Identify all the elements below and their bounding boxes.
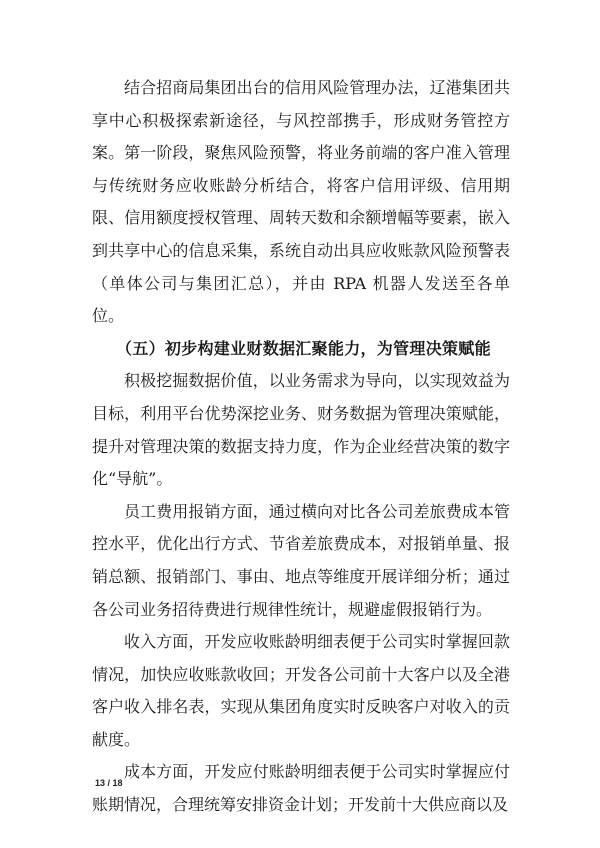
document-body: 结合招商局集团出台的信用风险管理办法，辽港集团共享中心积极探索新途径，与风控部携… [92,72,510,822]
paragraph-expense-reimbursement: 员工费用报销方面，通过横向对比各公司差旅费成本管控水平，优化出行方式、节省差旅费… [92,496,510,626]
document-page: 结合招商局集团出台的信用风险管理办法，辽港集团共享中心积极探索新途径，与风控部携… [0,0,600,848]
section-heading-five: （五）初步构建业财数据汇聚能力，为管理决策赋能 [92,333,510,366]
paragraph-data-value: 积极挖掘数据价值，以业务需求为导向，以实现效益为目标，利用平台优势深挖业务、财务… [92,365,510,495]
paragraph-cost: 成本方面，开发应付账龄明细表便于公司实时掌握应付账期情况，合理统筹安排资金计划；… [92,756,510,821]
page-number: 13 / 18 [95,778,123,788]
paragraph-revenue: 收入方面，开发应收账龄明细表便于公司实时掌握回款情况，加快应收账款收回；开发各公… [92,626,510,756]
paragraph-credit-risk: 结合招商局集团出台的信用风险管理办法，辽港集团共享中心积极探索新途径，与风控部携… [92,72,510,333]
